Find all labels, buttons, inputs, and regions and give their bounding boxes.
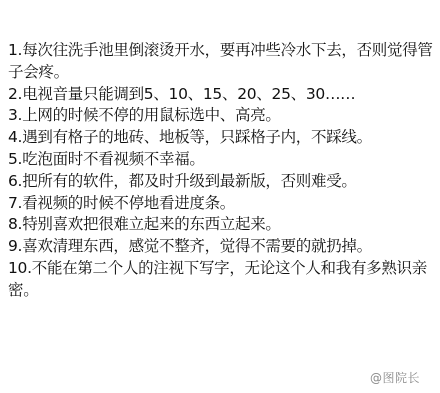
list-item: 6.把所有的软件，都及时升级到最新版，否则难受。 [8, 171, 436, 193]
list-item: 3.上网的时候不停的用鼠标选中、高亮。 [8, 105, 436, 127]
watermark: @图院长 [370, 369, 420, 386]
list-item: 10.不能在第二个人的注视下写字，无论这个人和我有多熟识亲密。 [8, 258, 436, 302]
list-item: 1.每次往洗手池里倒滚烫开水，要再冲些冷水下去，否则觉得管子会疼。 [8, 40, 436, 84]
list-item: 4.遇到有格子的地砖、地板等，只踩格子内，不踩线。 [8, 127, 436, 149]
list-item: 5.吃泡面时不看视频不幸福。 [8, 149, 436, 171]
list-item: 7.看视频的时候不停地看进度条。 [8, 193, 436, 215]
list-item: 2.电视音量只能调到5、10、15、20、25、30…… [8, 84, 436, 106]
list-item: 8.特别喜欢把很难立起来的东西立起来。 [8, 214, 436, 236]
numbered-list: 1.每次往洗手池里倒滚烫开水，要再冲些冷水下去，否则觉得管子会疼。 2.电视音量… [8, 40, 436, 302]
list-item: 9.喜欢清理东西，感觉不整齐，觉得不需要的就扔掉。 [8, 236, 436, 258]
